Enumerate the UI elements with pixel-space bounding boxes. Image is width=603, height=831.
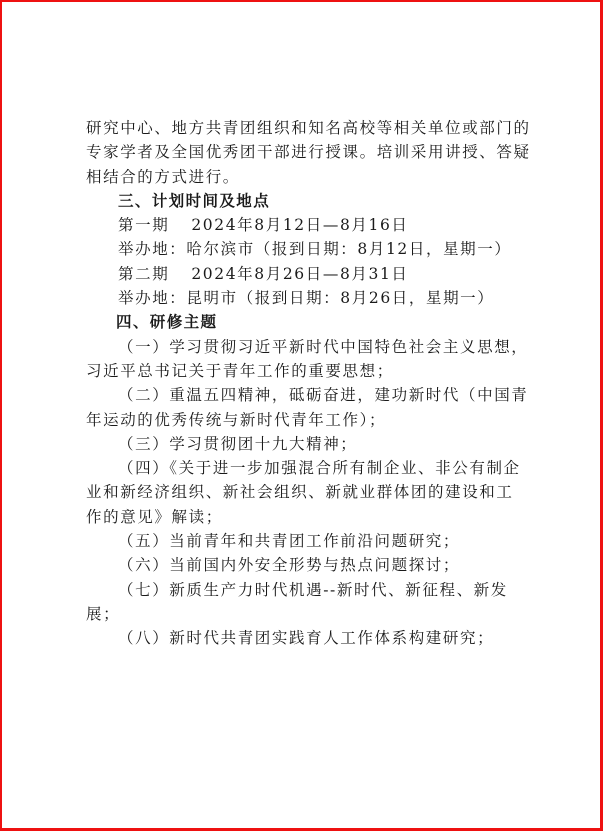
topic-1-line-2: 习近平总书记关于青年工作的重要思想； [86,359,526,383]
topic-4-line-1: （四）《关于进一步加强混合所有制企业、非公有制企 [86,456,526,480]
topic-4-line-2: 业和新经济组织、新社会组织、新就业群体团的建设和工 [86,480,526,504]
session-1-dates-line: 第一期2024年8月12日—8月16日 [86,213,526,237]
session-2-dates: 2024年8月26日—8月31日 [191,265,408,283]
topic-2-line-1: （二）重温五四精神，砥砺奋进，建功新时代（中国青 [86,383,526,407]
topic-1-line-1: （一）学习贯彻习近平新时代中国特色社会主义思想， [86,335,526,359]
topic-8: （八）新时代共青团实践育人工作体系构建研究； [86,626,526,650]
topic-3: （三）学习贯彻团十九大精神； [86,432,526,456]
topic-6: （六）当前国内外安全形势与热点问题探讨； [86,553,526,577]
document-frame: 研究中心、地方共青团组织和知名高校等相关单位或部门的 专家学者及全国优秀团干部进… [0,0,603,831]
intro-line-1: 研究中心、地方共青团组织和知名高校等相关单位或部门的 [86,116,526,140]
section-3-heading: 三、计划时间及地点 [86,189,526,213]
intro-line-2: 专家学者及全国优秀团干部进行授课。培训采用讲授、答疑 [86,140,526,164]
topic-2-line-2: 年运动的优秀传统与新时代青年工作）； [86,408,526,432]
session-1-label: 第一期 [118,216,169,234]
topic-7-line-2: 展； [86,602,526,626]
topic-5: （五）当前青年和共青团工作前沿问题研究； [86,529,526,553]
topic-4-line-3: 作的意见》解读； [86,505,526,529]
session-1-dates: 2024年8月12日—8月16日 [191,216,408,234]
section-4-heading: 四、研修主题 [86,310,526,334]
intro-line-3: 相结合的方式进行。 [86,165,526,189]
topic-7-line-1: （七）新质生产力时代机遇--新时代、新征程、新发 [86,578,526,602]
session-2-label: 第二期 [118,265,169,283]
session-1-venue: 举办地：哈尔滨市（报到日期：8月12日，星期一） [86,237,526,261]
session-2-venue: 举办地：昆明市（报到日期：8月26日，星期一） [86,286,526,310]
document-page: 研究中心、地方共青团组织和知名高校等相关单位或部门的 专家学者及全国优秀团干部进… [86,116,526,651]
session-2-dates-line: 第二期2024年8月26日—8月31日 [86,262,526,286]
